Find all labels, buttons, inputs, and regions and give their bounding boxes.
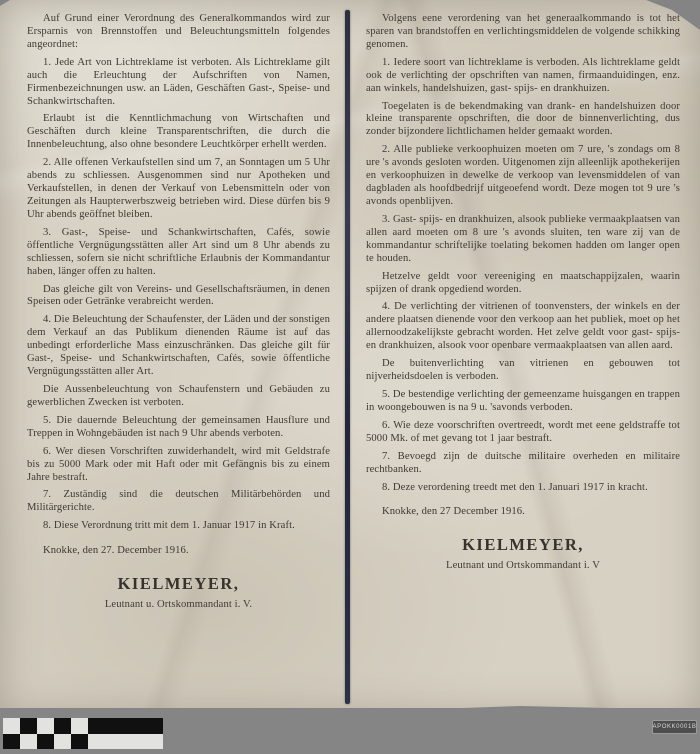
- paragraph: 5. Die dauernde Beleuchtung der gemeinsa…: [27, 415, 330, 441]
- checker-row-bottom: [3, 734, 163, 750]
- german-paragraphs: Auf Grund einer Verordnung des Generalko…: [27, 13, 330, 533]
- german-signature-block: KIELMEYER, Leutnant u. Ortskommandant i.…: [27, 574, 330, 612]
- dutch-signature-title: Leutnant und Ortskommandant i. V: [366, 560, 680, 573]
- german-signature-name: KIELMEYER,: [27, 574, 330, 594]
- checker-row-top: [3, 718, 163, 734]
- paragraph: 1. Jede Art von Lichtreklame ist verbote…: [27, 57, 330, 109]
- proclamation-paper: Auf Grund einer Verordnung des Generalko…: [0, 0, 700, 716]
- checker-bar: [88, 734, 163, 750]
- checker-square: [71, 718, 88, 734]
- column-divider-rule: [345, 10, 350, 704]
- paragraph: De buitenverlichting van vitrienen en ge…: [366, 358, 680, 384]
- paragraph: 2. Alle offenen Verkaufstellen sind um 7…: [27, 157, 330, 222]
- dutch-column: Volgens eene verordening van het generaa…: [366, 13, 680, 573]
- checker-square: [54, 734, 71, 750]
- checker-square: [3, 734, 20, 750]
- german-column: Auf Grund einer Verordnung des Generalko…: [27, 13, 330, 612]
- paragraph: 7. Zuständig sind die deutschen Militärb…: [27, 489, 330, 515]
- checker-square: [3, 718, 20, 734]
- checker-square: [37, 718, 54, 734]
- checker-square: [20, 718, 37, 734]
- german-dateline: Knokke, den 27. December 1916.: [27, 545, 330, 558]
- calibration-checkerboard: [3, 718, 163, 749]
- paragraph: 8. Deze verordening treedt met den 1. Ja…: [366, 482, 680, 495]
- paragraph: Hetzelve geldt voor vereeniging en maats…: [366, 271, 680, 297]
- dutch-signature-block: KIELMEYER, Leutnant und Ortskommandant i…: [366, 535, 680, 573]
- paragraph: Toegelaten is de bekendmaking van drank-…: [366, 101, 680, 140]
- paragraph: 3. Gast- spijs- en drankhuizen, alsook p…: [366, 214, 680, 266]
- dutch-paragraphs: Volgens eene verordening van het generaa…: [366, 13, 680, 494]
- paragraph: 3. Gast-, Speise- und Schankwirtschaften…: [27, 227, 330, 279]
- checker-square: [37, 734, 54, 750]
- paragraph: 5. De bestendige verlichting der gemeenz…: [366, 389, 680, 415]
- paragraph: 2. Alle publieke verkoophuizen moeten om…: [366, 144, 680, 209]
- paragraph: 4. Die Beleuchtung der Schaufenster, der…: [27, 314, 330, 379]
- checker-square: [71, 734, 88, 750]
- dutch-signature-name: KIELMEYER,: [366, 535, 680, 555]
- scanned-document-stage: Auf Grund einer Verordnung des Generalko…: [0, 0, 700, 754]
- paragraph: 8. Diese Verordnung tritt mit dem 1. Jan…: [27, 520, 330, 533]
- german-signature-title: Leutnant u. Ortskommandant i. V.: [27, 599, 330, 612]
- paragraph: 6. Wie deze voorschriften overtreedt, wo…: [366, 420, 680, 446]
- paragraph: Volgens eene verordening van het generaa…: [366, 13, 680, 52]
- paragraph: 7. Bevoegd zijn de duitsche militaire ov…: [366, 451, 680, 477]
- paragraph: 4. De verlichting der vitrienen of toonv…: [366, 301, 680, 353]
- checker-bar: [88, 718, 163, 734]
- checker-square: [54, 718, 71, 734]
- paragraph: Das gleiche gilt von Vereins- und Gesell…: [27, 284, 330, 310]
- archive-watermark-badge: APOKK0001B: [652, 720, 697, 734]
- paragraph: 6. Wer diesen Vorschriften zuwiderhandel…: [27, 446, 330, 485]
- paragraph: Erlaubt ist die Kenntlichmachung von Wir…: [27, 113, 330, 152]
- checker-square: [20, 734, 37, 750]
- paragraph: Die Aussenbeleuchtung von Schaufenstern …: [27, 384, 330, 410]
- dutch-dateline: Knokke, den 27 December 1916.: [366, 506, 680, 519]
- paragraph: 1. Iedere soort van lichtreklame is verb…: [366, 57, 680, 96]
- paragraph: Auf Grund einer Verordnung des Generalko…: [27, 13, 330, 52]
